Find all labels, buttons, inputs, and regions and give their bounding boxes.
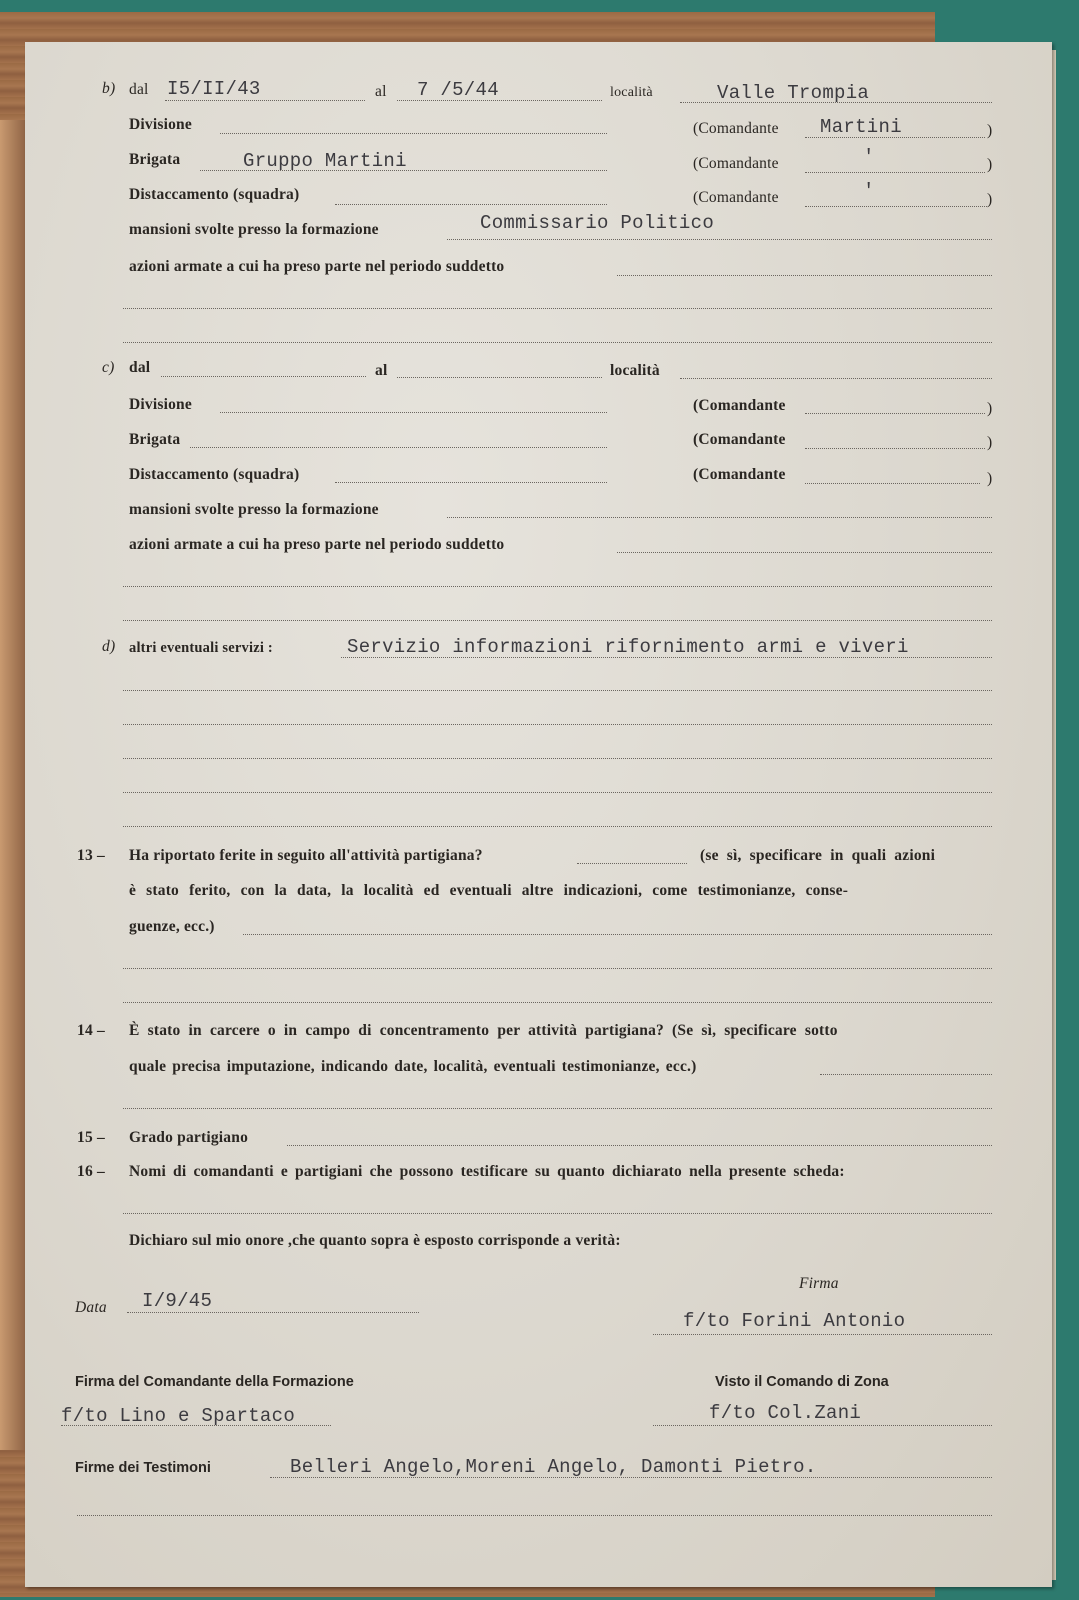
divisione-comandante-value: Martini [820,116,902,138]
brigata-label: Brigata [129,151,180,169]
q16-number: 16 – [77,1163,105,1181]
q13-number: 13 – [77,847,105,865]
comandante-label: (Comandante [693,120,779,138]
divisione-label: Divisione [129,116,192,134]
q16-label: Nomi di comandanti e partigiani che poss… [129,1163,845,1181]
localita-label: località [610,85,653,101]
azioni-label: azioni armate a cui ha preso parte nel p… [129,258,504,276]
data-value: I/9/45 [142,1290,212,1312]
witnesses-value: Belleri Angelo,Moreni Angelo, Damonti Pi… [290,1456,817,1478]
al-value: 7 /5/44 [417,79,499,101]
distaccamento-comandante-value: ' [863,180,875,202]
wooden-desk-edge [0,120,26,1450]
dal-value: I5/II/43 [167,78,261,100]
brigata-comandante-value: ' [863,146,875,168]
mansioni-value: Commissario Politico [480,212,714,234]
firma-value: f/to Forini Antonio [683,1310,905,1332]
al-label: al [375,83,387,101]
commander-label: Firma del Comandante della Formazione [75,1374,354,1390]
distaccamento-label: Distaccamento (squadra) [129,186,299,204]
declaration: Dichiaro sul mio onore ,che quanto sopra… [129,1232,621,1250]
section-d-marker: d) [102,638,115,656]
q13-question: Ha riportato ferite in seguito all'attiv… [129,847,483,865]
altri-servizi-label: altri eventuali servizi : [129,640,273,657]
section-b-marker: b) [102,80,115,98]
zone-value: f/to Col.Zani [709,1402,861,1424]
brigata-value: Gruppo Martini [243,150,407,172]
q15-number: 15 – [77,1129,105,1147]
q14-number: 14 – [77,1022,105,1040]
localita-value: Valle Trompia [717,82,869,104]
q14-question: È stato in carcere o in campo di concent… [129,1022,838,1040]
zone-label: Visto il Comando di Zona [715,1374,889,1390]
partisan-form-page: b) dal I5/II/43 al 7 /5/44 località Vall… [25,42,1052,1587]
dal-label: dal [129,81,149,99]
commander-value: f/to Lino e Spartaco [61,1405,295,1427]
section-c-marker: c) [102,359,114,377]
q15-label: Grado partigiano [129,1129,248,1147]
mansioni-label: mansioni svolte presso la formazione [129,221,379,239]
data-label: Data [75,1299,107,1317]
firma-label: Firma [799,1275,839,1293]
altri-servizi-value: Servizio informazioni rifornimento armi … [347,636,909,658]
witnesses-label: Firme dei Testimoni [75,1460,211,1476]
